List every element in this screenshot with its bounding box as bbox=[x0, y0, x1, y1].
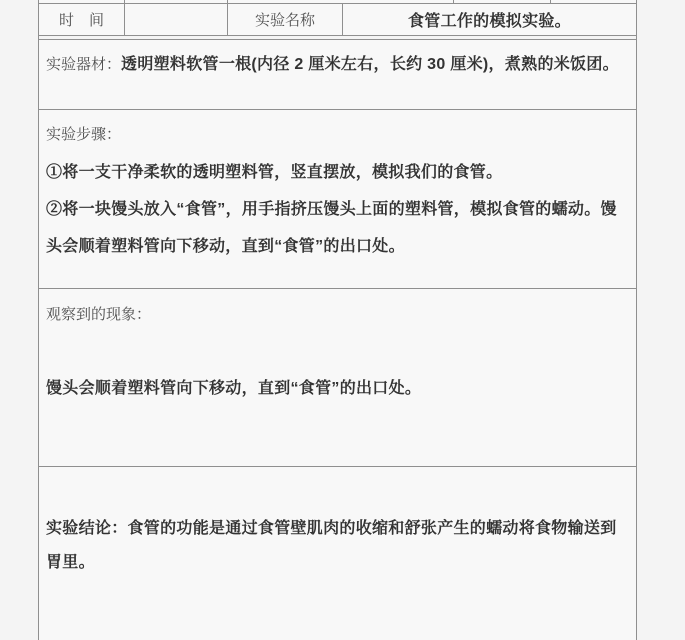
materials-row: 实验器材：透明塑料软管一根(内径 2 厘米左右，长约 30 厘米)，煮熟的米饭团… bbox=[39, 39, 636, 110]
experiment-form-table: 时 间 实验名称 食管工作的模拟实验。 实验器材：透明塑料软管一根(内径 2 厘… bbox=[38, 0, 637, 640]
cropped-cell-1 bbox=[39, 0, 125, 3]
experiment-name-label: 实验名称 bbox=[255, 9, 315, 30]
observation-row: 观察到的现象： 馒头会顺着塑料管向下移动，直到“食管”的出口处。 bbox=[39, 289, 636, 467]
conclusion-text: 实验结论：食管的功能是通过食管壁肌肉的收缩和舒张产生的蠕动将食物输送到胃里。 bbox=[46, 512, 626, 580]
steps-row: 实验步骤： ①将一支干净柔软的透明塑料管，竖直摆放，模拟我们的食管。 ②将一块馒… bbox=[39, 110, 636, 289]
experiment-name-value: 食管工作的模拟实验。 bbox=[408, 8, 571, 31]
experiment-name-label-cell: 实验名称 bbox=[228, 4, 343, 35]
step-item-1: ①将一支干净柔软的透明塑料管，竖直摆放，模拟我们的食管。 bbox=[46, 154, 628, 191]
observation-text: 馒头会顺着塑料管向下移动，直到“食管”的出口处。 bbox=[46, 371, 626, 407]
time-label: 时 间 bbox=[59, 9, 104, 30]
observation-label: 观察到的现象： bbox=[46, 307, 151, 323]
time-label-cell: 时 间 bbox=[39, 4, 125, 35]
steps-label: 实验步骤： bbox=[46, 127, 121, 143]
conclusion-row: 实验结论：食管的功能是通过食管壁肌肉的收缩和舒张产生的蠕动将食物输送到胃里。 bbox=[39, 467, 636, 639]
header-row: 时 间 实验名称 食管工作的模拟实验。 bbox=[39, 4, 636, 36]
materials-label: 实验器材： bbox=[46, 57, 121, 73]
experiment-record-page: 时 间 实验名称 食管工作的模拟实验。 实验器材：透明塑料软管一根(内径 2 厘… bbox=[0, 0, 685, 640]
materials-text: 透明塑料软管一根(内径 2 厘米左右，长约 30 厘米)，煮熟的米饭团。 bbox=[121, 56, 619, 73]
cropped-cell-2 bbox=[125, 0, 228, 3]
time-value-cell bbox=[125, 4, 228, 35]
cropped-cell-4 bbox=[454, 0, 551, 3]
step-item-2: ②将一块馒头放入“食管”，用手指挤压馒头上面的塑料管，模拟食管的蠕动。馒头会顺着… bbox=[46, 191, 628, 265]
cropped-cell-3 bbox=[228, 0, 454, 3]
cropped-cell-5 bbox=[551, 0, 636, 3]
experiment-name-value-cell: 食管工作的模拟实验。 bbox=[343, 4, 636, 35]
